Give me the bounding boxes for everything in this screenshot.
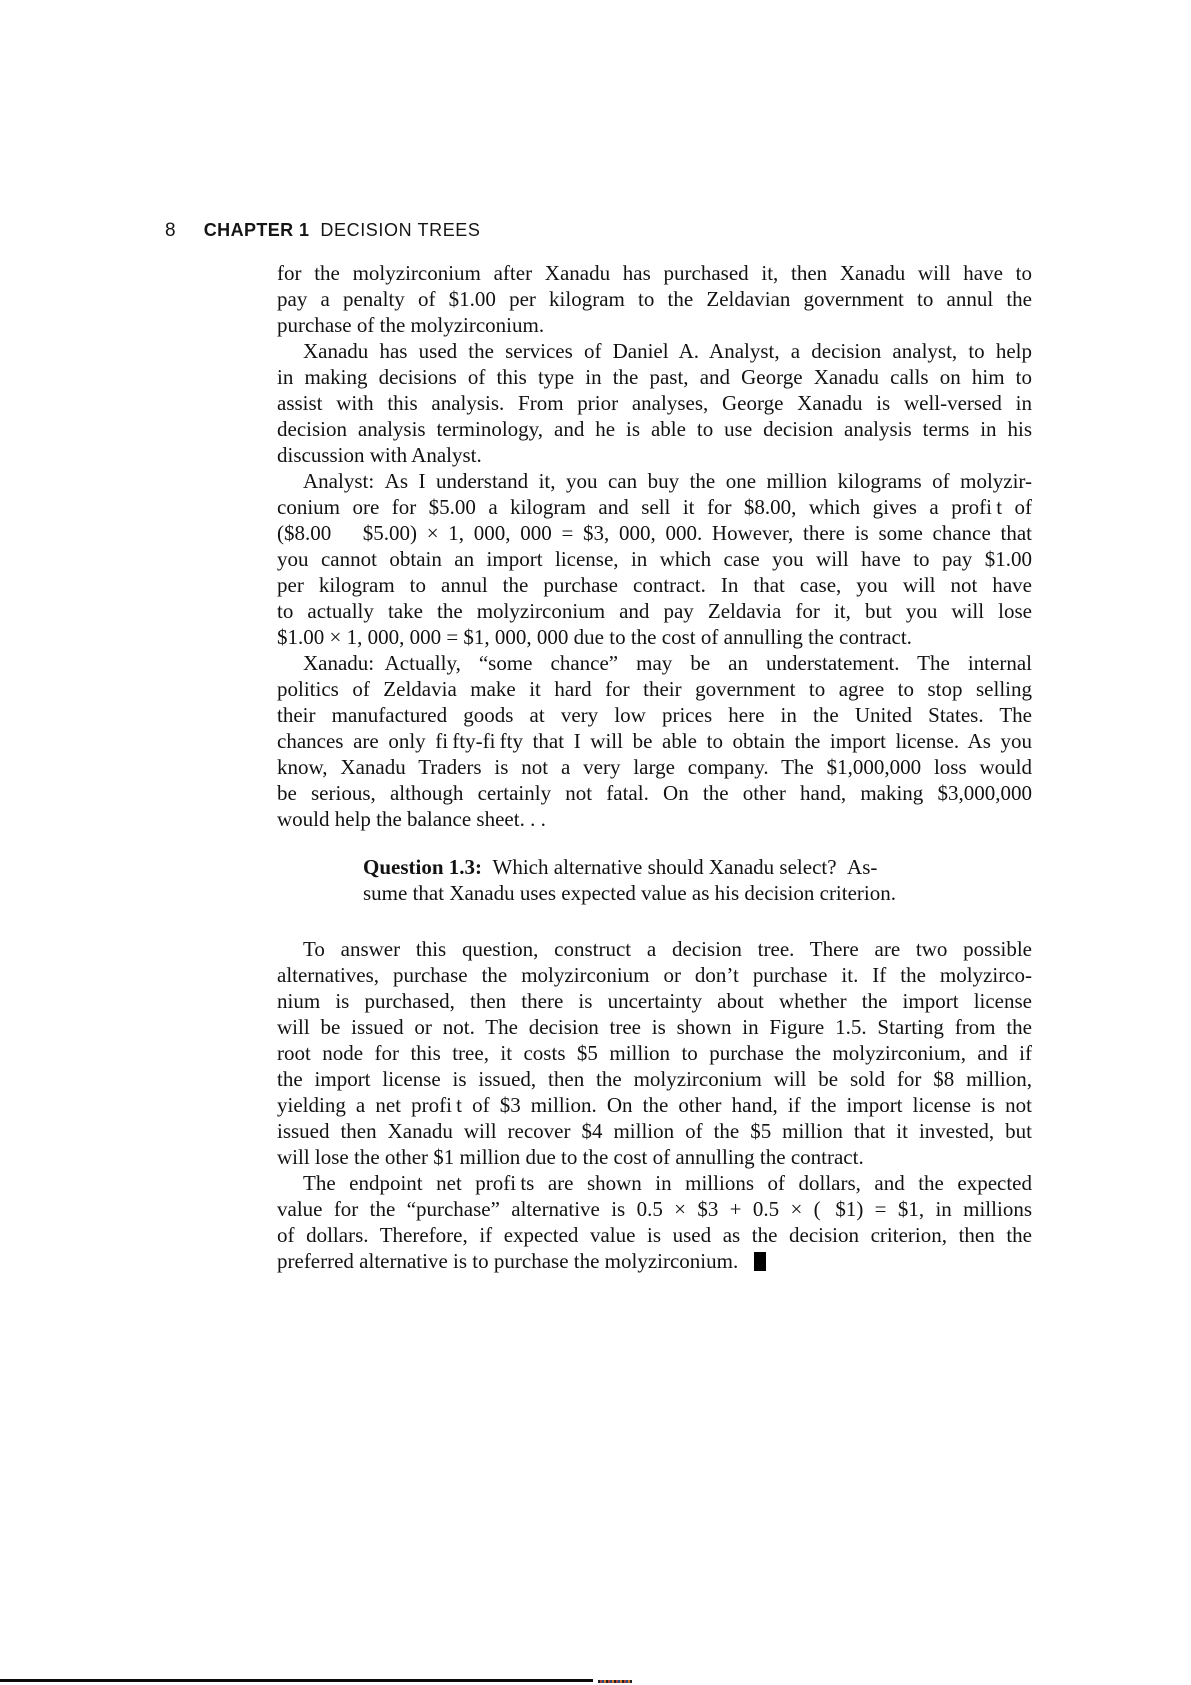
document-page: 8CHAPTER 1DECISION TREES for the molyzir…: [0, 0, 1191, 1685]
text-line: conium ore for $5.00 a kilogram and sell…: [277, 494, 1032, 520]
paragraph: Xanadu has used the services of Daniel A…: [277, 338, 1032, 468]
bottom-rule: [0, 1679, 593, 1682]
text-line: assist with this analysis. From prior an…: [277, 390, 1032, 416]
text-line: the import license is issued, then the m…: [277, 1066, 1032, 1092]
paragraph: for the molyzirconium after Xanadu has p…: [277, 260, 1032, 338]
text-line: their manufactured goods at very low pri…: [277, 702, 1032, 728]
text-line: politics of Zeldavia make it hard for th…: [277, 676, 1032, 702]
text-line: will lose the other $1 million due to th…: [277, 1144, 1032, 1170]
text-block: for the molyzirconium after Xanadu has p…: [277, 260, 1032, 1274]
text-line: be serious, although certainly not fatal…: [277, 780, 1032, 806]
page-header: 8CHAPTER 1DECISION TREES: [165, 220, 481, 241]
paragraph: The endpoint net profi ts are shown in m…: [277, 1170, 1032, 1274]
text-line: know, Xanadu Traders is not a very large…: [277, 754, 1032, 780]
text-line: chances are only fi fty-fi fty that I wi…: [277, 728, 1032, 754]
text-line: Question 1.3: Which alternative should X…: [363, 854, 1032, 880]
paragraph: To answer this question, construct a dec…: [277, 936, 1032, 1170]
text-line: to actually take the molyzirconium and p…: [277, 598, 1032, 624]
text-line: per kilogram to annul the purchase contr…: [277, 572, 1032, 598]
text-line: To answer this question, construct a dec…: [277, 936, 1032, 962]
text-line: pay a penalty of $1.00 per kilogram to t…: [277, 286, 1032, 312]
text-line: will be issued or not. The decision tree…: [277, 1014, 1032, 1040]
clipped-text-fragment: [598, 1680, 632, 1683]
text-line: preferred alternative is to purchase the…: [277, 1248, 1032, 1274]
text-line: Xanadu: Actually, “some chance” may be a…: [277, 650, 1032, 676]
text-line: Analyst: As I understand it, you can buy…: [277, 468, 1032, 494]
text-line: alternatives, purchase the molyzirconium…: [277, 962, 1032, 988]
text-line: $1.00 × 1, 000, 000 = $1, 000, 000 due t…: [277, 624, 1032, 650]
question-label: Question 1.3:: [363, 855, 482, 879]
text-line: Xanadu has used the services of Daniel A…: [277, 338, 1032, 364]
chapter-label: CHAPTER 1: [204, 220, 310, 240]
text-line: of dollars. Therefore, if expected value…: [277, 1222, 1032, 1248]
text-line: purchase of the molyzirconium.: [277, 312, 1032, 338]
paragraph: Analyst: As I understand it, you can buy…: [277, 468, 1032, 650]
paragraph: Xanadu: Actually, “some chance” may be a…: [277, 650, 1032, 832]
text-line: sume that Xanadu uses expected value as …: [363, 880, 1032, 906]
text-line: for the molyzirconium after Xanadu has p…: [277, 260, 1032, 286]
text-line: discussion with Analyst.: [277, 442, 1032, 468]
text-line: you cannot obtain an import license, in …: [277, 546, 1032, 572]
question-block: Question 1.3: Which alternative should X…: [363, 854, 1032, 906]
text-line: value for the “purchase” alternative is …: [277, 1196, 1032, 1222]
text-line: yielding a net profi t of $3 million. On…: [277, 1092, 1032, 1118]
text-line: in making decisions of this type in the …: [277, 364, 1032, 390]
text-line: decision analysis terminology, and he is…: [277, 416, 1032, 442]
text-line: root node for this tree, it costs $5 mil…: [277, 1040, 1032, 1066]
chapter-title: DECISION TREES: [320, 220, 480, 240]
text-line: ($8.00 $5.00) × 1, 000, 000 = $3, 000, 0…: [277, 520, 1032, 546]
page-number: 8: [165, 220, 176, 241]
text-line: The endpoint net profi ts are shown in m…: [277, 1170, 1032, 1196]
text-line: nium is purchased, then there is uncerta…: [277, 988, 1032, 1014]
question-text: Which alternative should Xanadu select? …: [482, 855, 877, 879]
text-line: issued then Xanadu will recover $4 milli…: [277, 1118, 1032, 1144]
text-line: would help the balance sheet. . .: [277, 806, 1032, 832]
end-of-example-marker: [754, 1252, 766, 1271]
